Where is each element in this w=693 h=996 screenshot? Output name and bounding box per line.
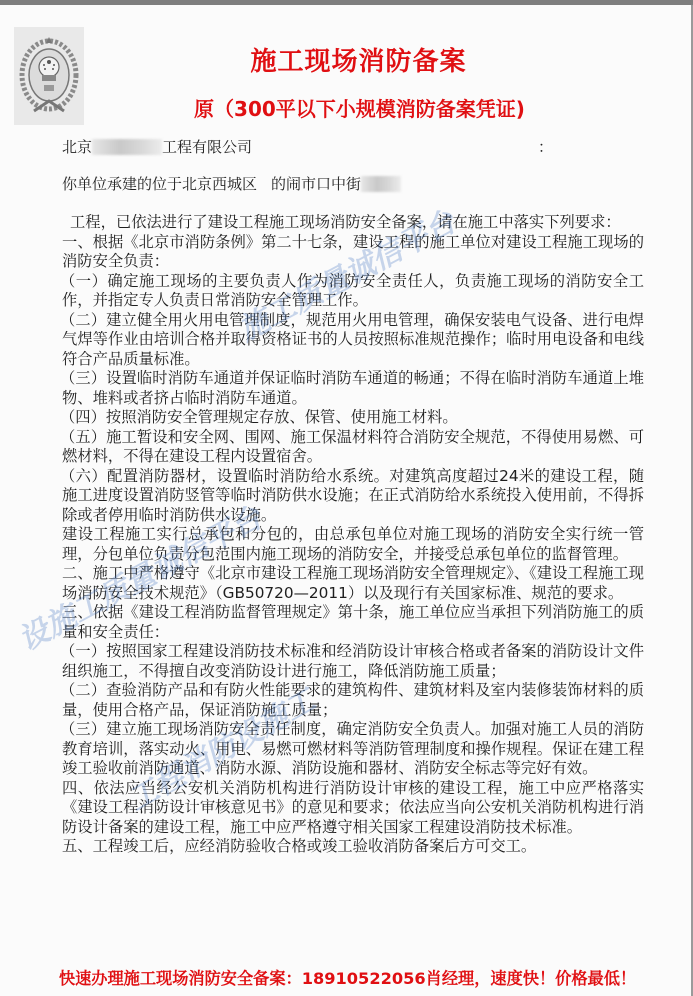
paragraph-clause-1-item-2: （二）建立健全用火用电管理制度，规范用火用电管理，确保安装电气设备、进行电焊气焊… xyxy=(62,311,644,370)
paragraph-clause-3-item-1: （一）按照国家工程建设消防技术标准和经消防设计审核合格或者备案的消防设计文件组织… xyxy=(62,642,644,681)
project-location: 你单位承建的位于北京西城区的闹市口中街 xyxy=(62,173,401,194)
paragraph-clause-1-item-3: （三）设置临时消防车通道并保证临时消防车通道的畅通；不得在临时消防车通道上堆物、… xyxy=(62,369,644,408)
paragraph-clause-1: 一、根据《北京市消防条例》第二十七条，建设工程的施工单位对建设工程施工现场的消防… xyxy=(62,233,644,272)
addressee-company: 北京工程有限公司 xyxy=(62,136,552,157)
document-title: 施工现场消防备案 xyxy=(0,41,691,78)
paragraph-clause-3-item-3: （三）建立施工现场消防安全责任制度，确定消防安全负责人。加强对施工人员的消防教育… xyxy=(62,720,644,779)
addressee-colon: ： xyxy=(538,136,553,157)
paragraph-clause-1-item-5: （五）施工暂设和安全网、围网、施工保温材料符合消防安全规范，不得使用易燃、可燃材… xyxy=(62,428,644,467)
document-subtitle: 原（300平以下小规模消防备案凭证) xyxy=(0,93,691,122)
document-page: 施工现场消防备案 原（300平以下小规模消防备案凭证) 北京工程有限公司 ： 你… xyxy=(0,5,693,996)
contact-advertisement: 快速办理施工现场消防安全备案：18910522056肖经理，速度快！价格最低！ xyxy=(0,965,691,989)
paragraph-intro: 工程，已依法进行了建设工程施工现场消防安全备案，请在施工中落实下列要求： xyxy=(62,213,644,233)
location-street: 的闹市口中街 xyxy=(271,175,361,193)
paragraph-clause-1-item-1: （一）确定施工现场的主要负责人作为消防安全责任人，负责施工现场的消防安全工作，并… xyxy=(62,272,644,311)
document-body: 工程，已依法进行了建设工程施工现场消防安全备案，请在施工中落实下列要求： 一、根… xyxy=(62,213,644,857)
paragraph-clause-3: 三、依据《建设工程消防监督管理规定》第十条，施工单位应当承担下列消防施工的质量和… xyxy=(62,603,644,642)
addressee-suffix: 工程有限公司 xyxy=(162,138,252,156)
paragraph-clause-5: 五、工程竣工后，应经消防验收合格或竣工验收消防备案后方可交工。 xyxy=(62,837,644,857)
paragraph-clause-3-item-2: （二）查验消防产品和有防火性能要求的建筑构件、建筑材料及室内装修装饰材料的质量，… xyxy=(62,681,644,720)
paragraph-subcontract: 建设工程施工实行总承包和分包的，由总承包单位对施工现场的消防安全实行统一管理，分… xyxy=(62,525,644,564)
location-district: 你单位承建的位于北京西城区 xyxy=(62,175,257,193)
addressee-prefix: 北京 xyxy=(62,138,92,156)
paragraph-clause-4: 四、依法应当经公安机关消防机构进行消防设计审核的建设工程，施工中应严格落实《建设… xyxy=(62,779,644,838)
paragraph-clause-1-item-6: （六）配置消防器材，设置临时消防给水系统。对建筑高度超过24米的建设工程，随施工… xyxy=(62,467,644,526)
redacted-address xyxy=(361,176,401,192)
paragraph-clause-2: 二、施工中严格遵守《北京市建设工程施工现场消防安全管理规定》、《建设工程施工现场… xyxy=(62,564,644,603)
redacted-company-name xyxy=(92,139,162,155)
paragraph-clause-1-item-4: （四）按照消防安全管理规定存放、保管、使用施工材料。 xyxy=(62,408,644,428)
